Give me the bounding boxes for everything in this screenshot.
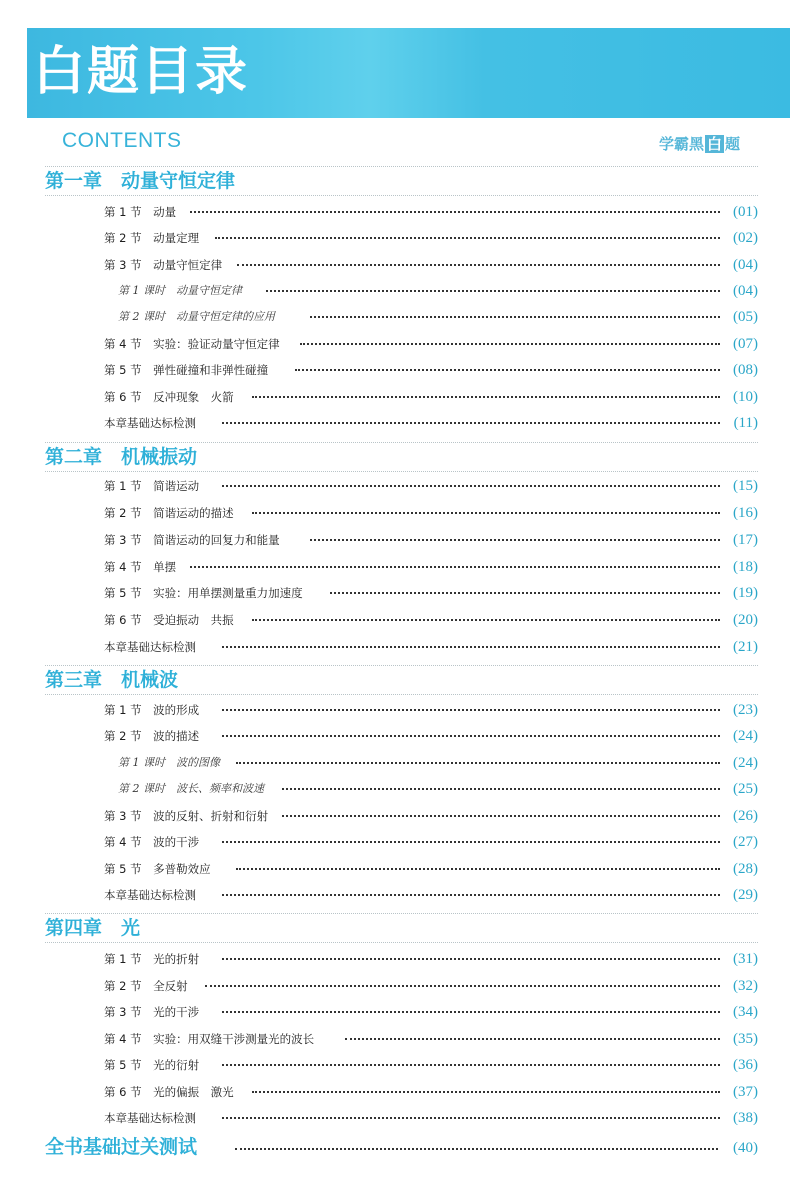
toc-entry[interactable]: 第 4 节 实验：验证动量守恒定律(07): [0, 333, 790, 355]
toc-entry[interactable]: 第 5 节 多普勒效应(28): [0, 858, 790, 880]
leader-dots: [215, 237, 720, 239]
page-number: (04): [722, 280, 758, 302]
toc-entry[interactable]: 第 6 节 反冲现象 火箭(10): [0, 386, 790, 408]
toc-entry[interactable]: 第 4 节 波的干涉(27): [0, 831, 790, 853]
toc-sub-entry[interactable]: 第 2 课时 动量守恒定律的应用(05): [0, 306, 790, 328]
page-number: (24): [722, 752, 758, 774]
contents-label: CONTENTS: [62, 129, 182, 153]
toc-entry[interactable]: 第 3 节 波的反射、折射和衍射(26): [0, 805, 790, 827]
chapter-title: 第四章 光: [45, 915, 140, 941]
page-number: (10): [722, 386, 758, 408]
leader-dots: [252, 1091, 720, 1093]
leader-dots: [222, 735, 720, 737]
entry-label: 第 4 节 实验：用双缝干涉测量光的波长: [104, 1028, 318, 1050]
logo-suffix: 题: [725, 133, 740, 154]
leader-dots: [222, 1117, 720, 1119]
title-banner: 白题目录: [27, 28, 790, 118]
toc-entry[interactable]: 本章基础达标检测(21): [0, 636, 790, 658]
toc-entry[interactable]: 第 3 节 动量守恒定律(04): [0, 254, 790, 276]
entry-label: 第 3 节 波的反射、折射和衍射: [104, 805, 272, 827]
leader-dots: [252, 396, 720, 398]
toc-entry[interactable]: 第 5 节 实验：用单摆测量重力加速度(19): [0, 582, 790, 604]
entry-label: 第 2 节 波的描述: [104, 725, 203, 747]
entry-label: 第 6 节 反冲现象 火箭: [104, 386, 238, 408]
entry-label: 本章基础达标检测: [104, 1107, 200, 1129]
toc-entry[interactable]: 第 1 节 光的折射(31): [0, 948, 790, 970]
page-number: (01): [722, 201, 758, 223]
leader-dots: [300, 343, 720, 345]
leader-dots: [236, 762, 720, 764]
entry-label: 本章基础达标检测: [104, 412, 200, 434]
entry-label: 第 1 节 光的折射: [104, 948, 203, 970]
entry-label: 第 5 节 多普勒效应: [104, 858, 215, 880]
final-test-title: 全书基础过关测试: [45, 1134, 197, 1160]
entry-label: 第 4 节 单摆: [104, 556, 180, 578]
page-number: (17): [722, 529, 758, 551]
toc-entry[interactable]: 第 6 节 受迫振动 共振(20): [0, 609, 790, 631]
entry-label: 本章基础达标检测: [104, 884, 200, 906]
toc-entry[interactable]: 第 1 节 波的形成(23): [0, 699, 790, 721]
entry-label: 第 1 节 波的形成: [104, 699, 203, 721]
page-number: (08): [722, 359, 758, 381]
leader-dots: [310, 539, 720, 541]
toc-entry[interactable]: 第 2 节 动量定理(02): [0, 227, 790, 249]
leader-dots: [222, 894, 720, 896]
page-number: (25): [722, 778, 758, 800]
leader-dots: [310, 316, 720, 318]
logo-boxed-char: 白: [705, 135, 724, 153]
page-number: (20): [722, 609, 758, 631]
chapter-header[interactable]: 第一章 动量守恒定律: [45, 166, 758, 196]
leader-dots: [222, 646, 720, 648]
leader-dots: [205, 985, 720, 987]
page-number: (07): [722, 333, 758, 355]
entry-label: 第 3 节 动量守恒定律: [104, 254, 226, 276]
leader-dots: [222, 422, 720, 424]
page-number: (29): [722, 884, 758, 906]
toc-entry[interactable]: 第 4 节 实验：用双缝干涉测量光的波长(35): [0, 1028, 790, 1050]
toc-entry[interactable]: 第 2 节 简谐运动的描述(16): [0, 502, 790, 524]
leader-dots: [222, 1064, 720, 1066]
entry-label: 本章基础达标检测: [104, 636, 200, 658]
page-number: (28): [722, 858, 758, 880]
leader-dots: [222, 958, 720, 960]
leader-dots: [282, 788, 720, 790]
entry-label: 第 2 节 简谐运动的描述: [104, 502, 238, 524]
toc-entry[interactable]: 第 2 节 全反射(32): [0, 975, 790, 997]
entry-label: 第 2 课时 动量守恒定律的应用: [118, 306, 279, 328]
entry-label: 第 1 节 简谐运动: [104, 475, 203, 497]
leader-dots: [252, 619, 720, 621]
page-number: (27): [722, 831, 758, 853]
page-number: (04): [722, 254, 758, 276]
leader-dots: [266, 290, 720, 292]
entry-label: 第 6 节 光的偏振 激光: [104, 1081, 238, 1103]
toc-entry[interactable]: 本章基础达标检测(38): [0, 1107, 790, 1129]
entry-label: 第 2 节 全反射: [104, 975, 192, 997]
page-number: (19): [722, 582, 758, 604]
toc-entry[interactable]: 第 1 节 简谐运动(15): [0, 475, 790, 497]
page-number: (05): [722, 306, 758, 328]
entry-label: 第 5 节 光的衍射: [104, 1054, 203, 1076]
page-title: 白题目录: [33, 40, 249, 104]
chapter-title: 第二章 机械振动: [45, 444, 197, 470]
toc-entry[interactable]: 第 3 节 简谐运动的回复力和能量(17): [0, 529, 790, 551]
toc-entry[interactable]: 第 6 节 光的偏振 激光(37): [0, 1081, 790, 1103]
leader-dots: [252, 512, 720, 514]
toc-sub-entry[interactable]: 第 1 课时 动量守恒定律(04): [0, 280, 790, 302]
toc-entry[interactable]: 第 4 节 单摆(18): [0, 556, 790, 578]
leader-dots: [190, 211, 720, 213]
leader-dots: [222, 485, 720, 487]
entry-label: 第 5 节 实验：用单摆测量重力加速度: [104, 582, 307, 604]
chapter-header[interactable]: 第四章 光: [45, 913, 758, 943]
toc-entry[interactable]: 第 3 节 光的干涉(34): [0, 1001, 790, 1023]
toc-entry[interactable]: 第 5 节 弹性碰撞和非弹性碰撞(08): [0, 359, 790, 381]
toc-entry[interactable]: 第 5 节 光的衍射(36): [0, 1054, 790, 1076]
leader-dots: [222, 841, 720, 843]
entry-label: 第 6 节 受迫振动 共振: [104, 609, 238, 631]
leader-dots: [295, 369, 720, 371]
page-number: (16): [722, 502, 758, 524]
page-number: (02): [722, 227, 758, 249]
page-number: (40): [722, 1135, 758, 1161]
page-number: (32): [722, 975, 758, 997]
page-number: (23): [722, 699, 758, 721]
entry-label: 第 4 节 波的干涉: [104, 831, 203, 853]
toc-sub-entry[interactable]: 第 1 课时 波的图像(24): [0, 752, 790, 774]
page-number: (15): [722, 475, 758, 497]
toc-sub-entry[interactable]: 第 2 课时 波长、频率和波速(25): [0, 778, 790, 800]
entry-label: 第 2 课时 波长、频率和波速: [118, 778, 268, 800]
entry-label: 第 1 课时 动量守恒定律: [118, 280, 246, 302]
toc-entry[interactable]: 第 1 节 动量(01): [0, 201, 790, 223]
chapter-header[interactable]: 第三章 机械波: [45, 665, 758, 695]
entry-label: 第 3 节 简谐运动的回复力和能量: [104, 529, 284, 551]
leader-dots: [190, 566, 720, 568]
toc-entry[interactable]: 本章基础达标检测(11): [0, 412, 790, 434]
page-number: (31): [722, 948, 758, 970]
page-number: (18): [722, 556, 758, 578]
page-number: (11): [722, 412, 758, 434]
leader-dots: [237, 264, 720, 266]
leader-dots: [345, 1038, 720, 1040]
page-number: (36): [722, 1054, 758, 1076]
entry-label: 第 5 节 弹性碰撞和非弹性碰撞: [104, 359, 272, 381]
entry-label: 第 3 节 光的干涉: [104, 1001, 203, 1023]
toc-entry[interactable]: 本章基础达标检测(29): [0, 884, 790, 906]
chapter-title: 第三章 机械波: [45, 667, 178, 693]
entry-label: 第 1 课时 波的图像: [118, 752, 224, 774]
leader-dots: [222, 1011, 720, 1013]
brand-logo: 学霸黑白题: [659, 133, 740, 154]
leader-dots: [222, 709, 720, 711]
leader-dots: [330, 592, 720, 594]
page-number: (24): [722, 725, 758, 747]
leader-dots: [282, 815, 720, 817]
entry-label: 第 4 节 实验：验证动量守恒定律: [104, 333, 284, 355]
entry-label: 第 2 节 动量定理: [104, 227, 203, 249]
chapter-header[interactable]: 第二章 机械振动: [45, 442, 758, 472]
chapter-title: 第一章 动量守恒定律: [45, 168, 235, 194]
leader-dots: [235, 1148, 718, 1150]
page-number: (38): [722, 1107, 758, 1129]
leader-dots: [236, 868, 720, 870]
final-test-entry[interactable]: 全书基础过关测试 (40): [45, 1134, 758, 1162]
page-number: (35): [722, 1028, 758, 1050]
toc-entry[interactable]: 第 2 节 波的描述(24): [0, 725, 790, 747]
page-number: (37): [722, 1081, 758, 1103]
page-number: (34): [722, 1001, 758, 1023]
page-number: (26): [722, 805, 758, 827]
logo-prefix: 学霸黑: [659, 133, 704, 154]
entry-label: 第 1 节 动量: [104, 201, 180, 223]
page-number: (21): [722, 636, 758, 658]
